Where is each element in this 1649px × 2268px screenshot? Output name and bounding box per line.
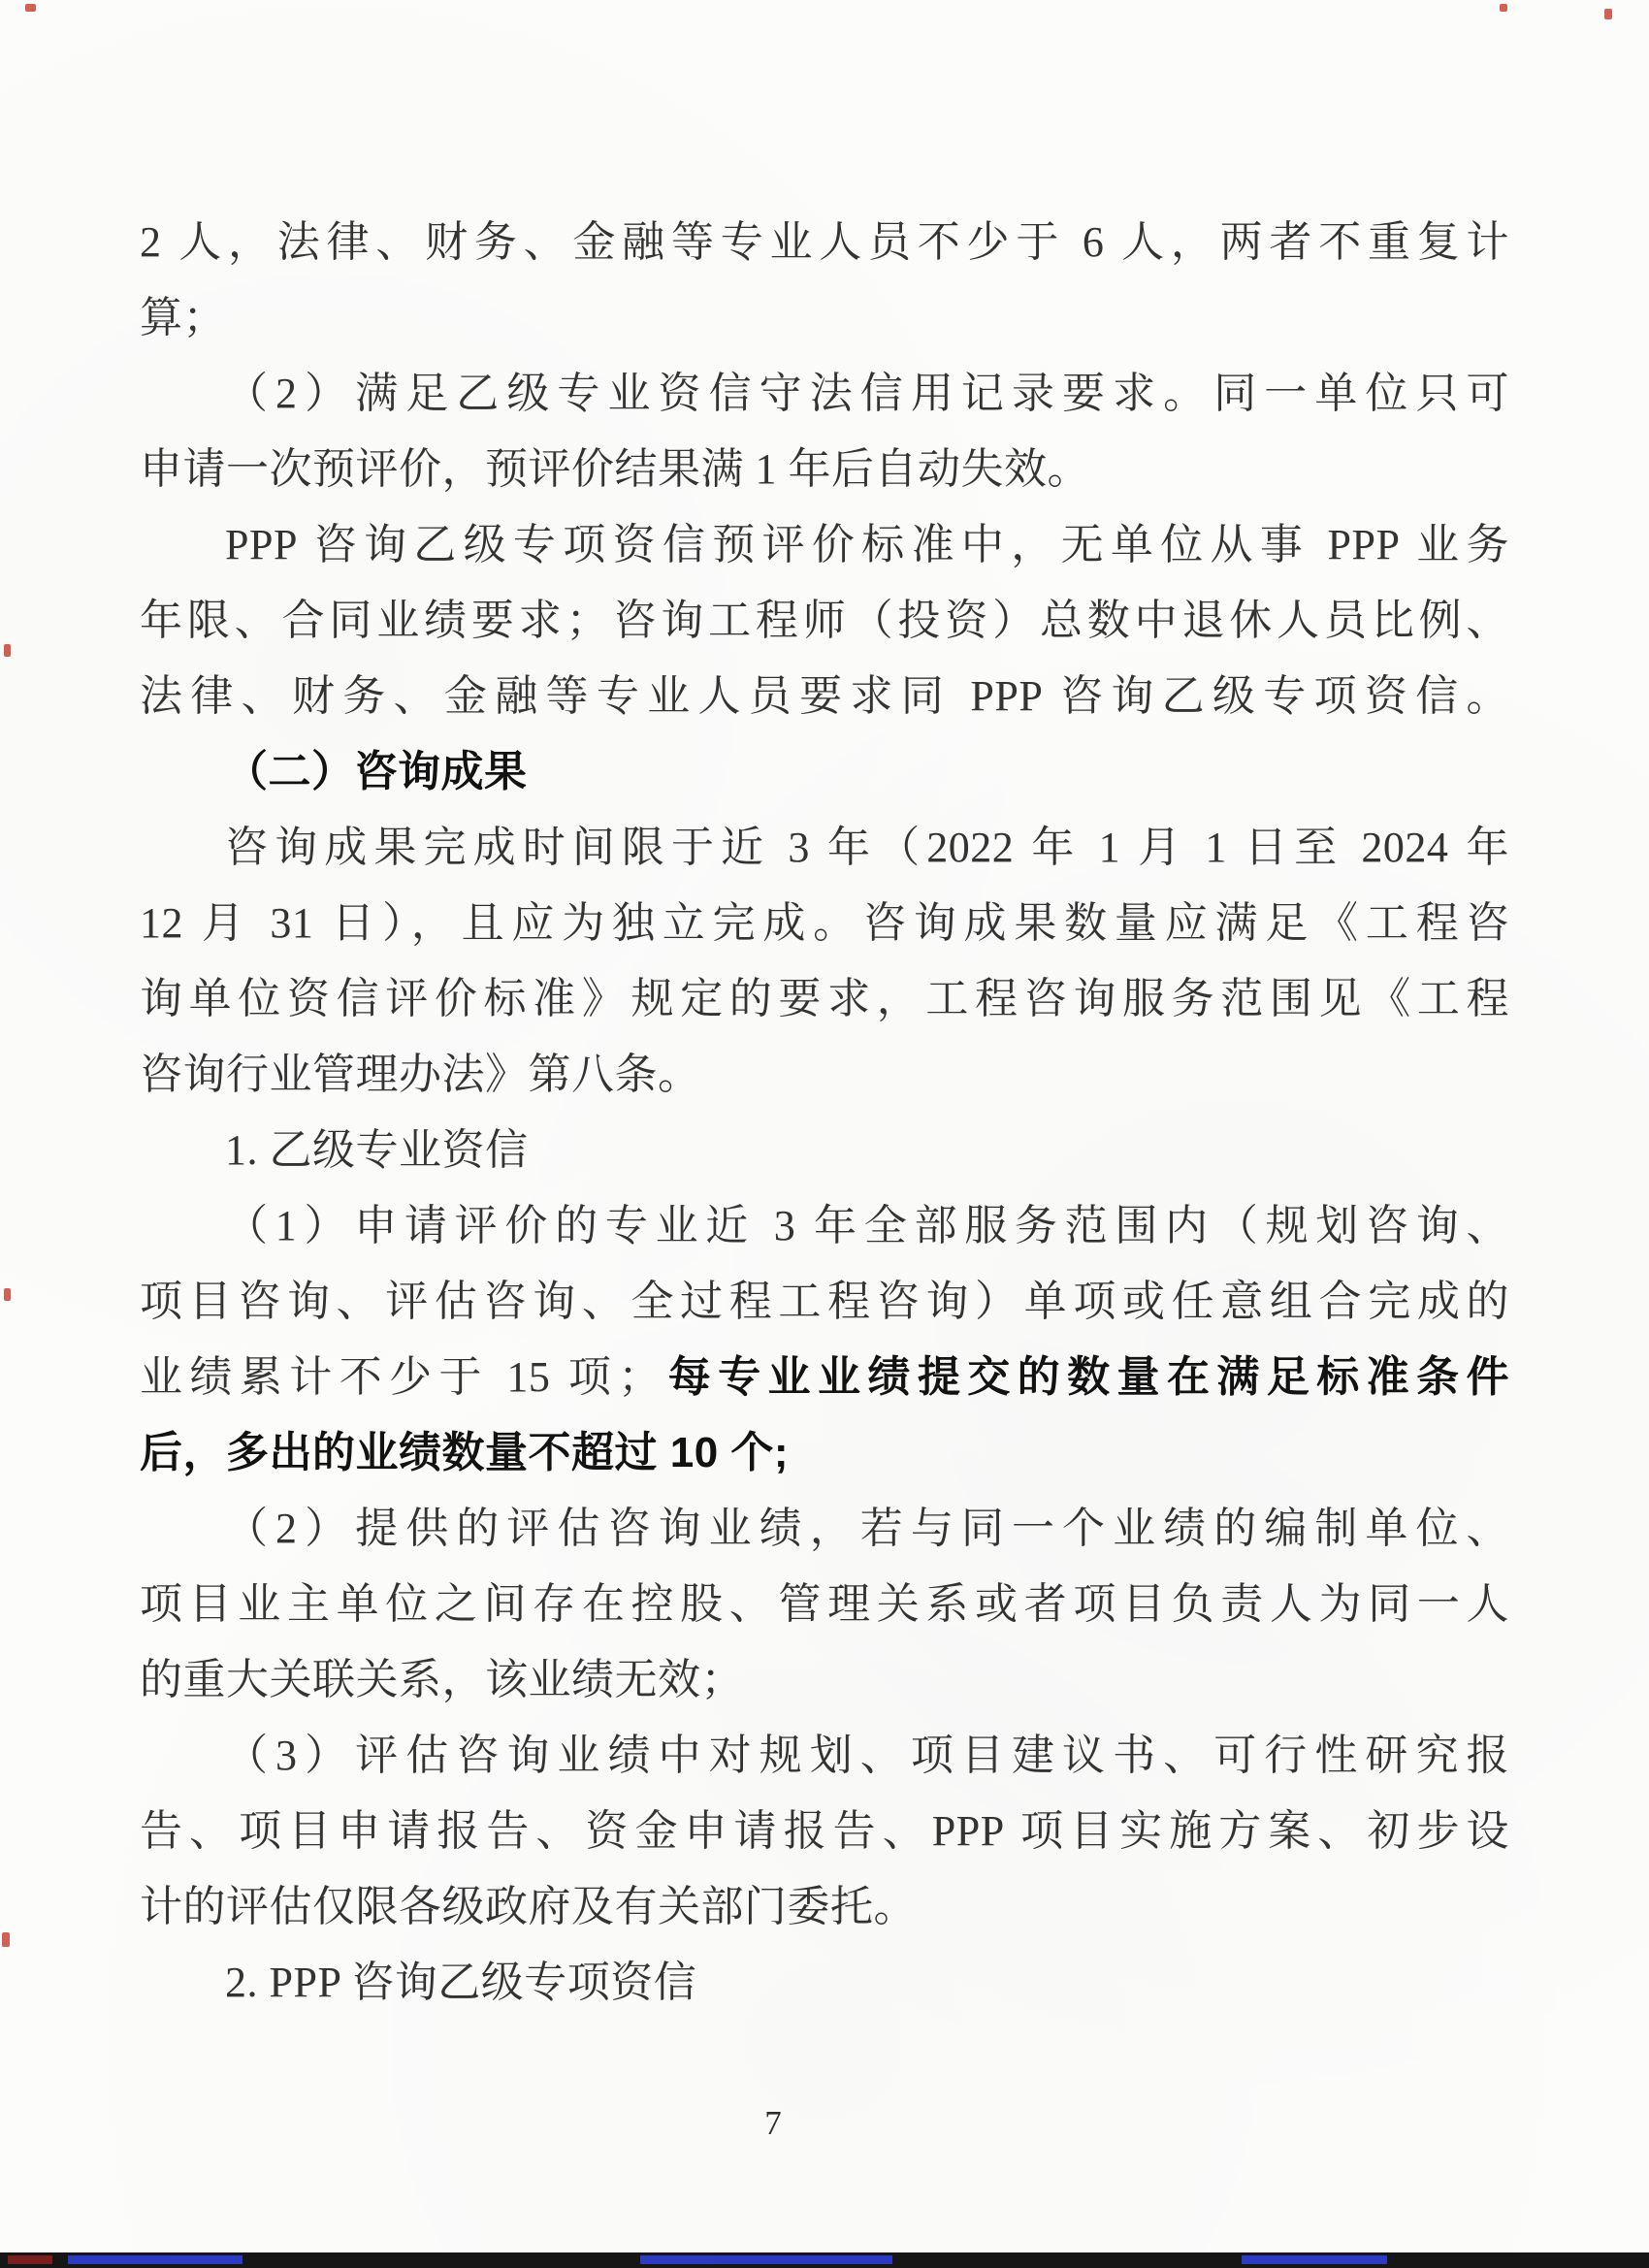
- text-line: 1. 乙级专业资信: [140, 1113, 1509, 1188]
- scan-speck-left-1: [4, 644, 11, 657]
- text-line: 咨询行业管理办法》第八条。: [140, 1037, 1509, 1113]
- text-line: 项目咨询、评估咨询、全过程工程咨询）单项或任意组合完成的: [140, 1264, 1509, 1340]
- line-text: 算；: [140, 294, 226, 341]
- text-line: 年限、合同业绩要求；咨询工程师（投资）总数中退休人员比例、: [140, 583, 1509, 659]
- line-bold-text: 每专业业绩提交的数量在满足标准条件: [662, 1353, 1509, 1401]
- scan-speck-top-right-1: [1500, 4, 1507, 12]
- line-text: 业绩累计不少于 15 项；: [140, 1353, 662, 1401]
- line-text: 咨询成果完成时间限于近 3 年（2022 年 1 月 1 日至 2024 年: [225, 824, 1509, 871]
- text-line: 询单位资信评价标准》规定的要求，工程咨询服务范围见《工程: [140, 961, 1509, 1037]
- text-line: 算；: [140, 280, 1509, 356]
- line-text: （1）申请评价的专业近 3 年全部服务范围内（规划咨询、: [225, 1202, 1509, 1249]
- text-line: 计的评估仅限各级政府及有关部门委托。: [140, 1869, 1509, 1945]
- text-block: 2 人，法律、财务、金融等专业人员不少于 6 人，两者不重复计算；（2）满足乙级…: [140, 205, 1509, 2021]
- text-line: 告、项目申请报告、资金申请报告、PPP 项目实施方案、初步设: [140, 1794, 1509, 1869]
- text-line: 的重大关联关系，该业绩无效；: [140, 1642, 1509, 1718]
- document-page: 2 人，法律、财务、金融等专业人员不少于 6 人，两者不重复计算；（2）满足乙级…: [0, 0, 1649, 2268]
- scan-speck-top-right-2: [1604, 9, 1612, 19]
- text-line: （1）申请评价的专业近 3 年全部服务范围内（规划咨询、: [140, 1188, 1509, 1264]
- text-line: 业绩累计不少于 15 项；每专业业绩提交的数量在满足标准条件: [140, 1340, 1509, 1415]
- text-line: （2）满足乙级专业资信守法信用记录要求。同一单位只可: [140, 356, 1509, 432]
- line-text: （二）咨询成果: [225, 748, 528, 795]
- text-line: 法律、财务、金融等专业人员要求同 PPP 咨询乙级专项资信。: [140, 659, 1509, 734]
- text-line: 申请一次预评价，预评价结果满 1 年后自动失效。: [140, 432, 1509, 507]
- line-text: 1. 乙级专业资信: [225, 1126, 529, 1174]
- scan-bar-red-segment: [8, 2255, 52, 2264]
- line-text: PPP 咨询乙级专项资信预评价标准中，无单位从事 PPP 业务: [225, 521, 1509, 568]
- line-text: 咨询行业管理办法》第八条。: [140, 1051, 701, 1098]
- line-text: 项目咨询、评估咨询、全过程工程咨询）单项或任意组合完成的: [140, 1278, 1509, 1325]
- line-text: 的重大关联关系，该业绩无效；: [140, 1656, 744, 1703]
- text-line: 2 人，法律、财务、金融等专业人员不少于 6 人，两者不重复计: [140, 205, 1509, 280]
- line-text: 2. PPP 咨询乙级专项资信: [225, 1959, 696, 2006]
- line-text: （2）提供的评估咨询业绩，若与同一个业绩的编制单位、: [225, 1505, 1509, 1552]
- line-text: 申请一次预评价，预评价结果满 1 年后自动失效。: [140, 445, 1090, 493]
- line-text: 年限、合同业绩要求；咨询工程师（投资）总数中退休人员比例、: [140, 597, 1509, 644]
- scan-bar-blue-segment-2: [640, 2255, 892, 2264]
- line-text: 2 人，法律、财务、金融等专业人员不少于 6 人，两者不重复计: [140, 218, 1509, 266]
- text-line: 2. PPP 咨询乙级专项资信: [140, 1945, 1509, 2021]
- text-line: 12 月 31 日），且应为独立完成。咨询成果数量应满足《工程咨: [140, 886, 1509, 961]
- scan-artifact-bottom-bar: [0, 2252, 1649, 2268]
- line-text: （2）满足乙级专业资信守法信用记录要求。同一单位只可: [225, 370, 1509, 417]
- scan-speck-top-left: [25, 4, 36, 12]
- page-number: 7: [742, 2100, 804, 2147]
- line-text: 计的评估仅限各级政府及有关部门委托。: [140, 1883, 917, 1930]
- line-bold-text: 后，多出的业绩数量不超过 10 个;: [140, 1429, 789, 1476]
- scan-bar-blue-segment-1: [68, 2255, 242, 2264]
- text-line: （2）提供的评估咨询业绩，若与同一个业绩的编制单位、: [140, 1491, 1509, 1567]
- scan-speck-left-2: [4, 1288, 11, 1301]
- line-text: 法律、财务、金融等专业人员要求同 PPP 咨询乙级专项资信。: [140, 672, 1509, 720]
- text-line: 项目业主单位之间存在控股、管理关系或者项目负责人为同一人: [140, 1567, 1509, 1642]
- line-text: 12 月 31 日），且应为独立完成。咨询成果数量应满足《工程咨: [140, 899, 1509, 947]
- text-line: （3）评估咨询业绩中对规划、项目建议书、可行性研究报: [140, 1718, 1509, 1794]
- scan-bar-blue-segment-3: [1242, 2255, 1387, 2264]
- scan-speck-left-3: [2, 1932, 10, 1947]
- line-text: 询单位资信评价标准》规定的要求，工程咨询服务范围见《工程: [140, 975, 1509, 1022]
- line-text: （3）评估咨询业绩中对规划、项目建议书、可行性研究报: [225, 1732, 1509, 1779]
- text-line: PPP 咨询乙级专项资信预评价标准中，无单位从事 PPP 业务: [140, 507, 1509, 583]
- text-line: 后，多出的业绩数量不超过 10 个;: [140, 1415, 1509, 1491]
- text-line: 咨询成果完成时间限于近 3 年（2022 年 1 月 1 日至 2024 年: [140, 810, 1509, 886]
- text-line: （二）咨询成果: [140, 734, 1509, 810]
- line-text: 告、项目申请报告、资金申请报告、PPP 项目实施方案、初步设: [140, 1807, 1509, 1855]
- line-text: 项目业主单位之间存在控股、管理关系或者项目负责人为同一人: [140, 1580, 1509, 1628]
